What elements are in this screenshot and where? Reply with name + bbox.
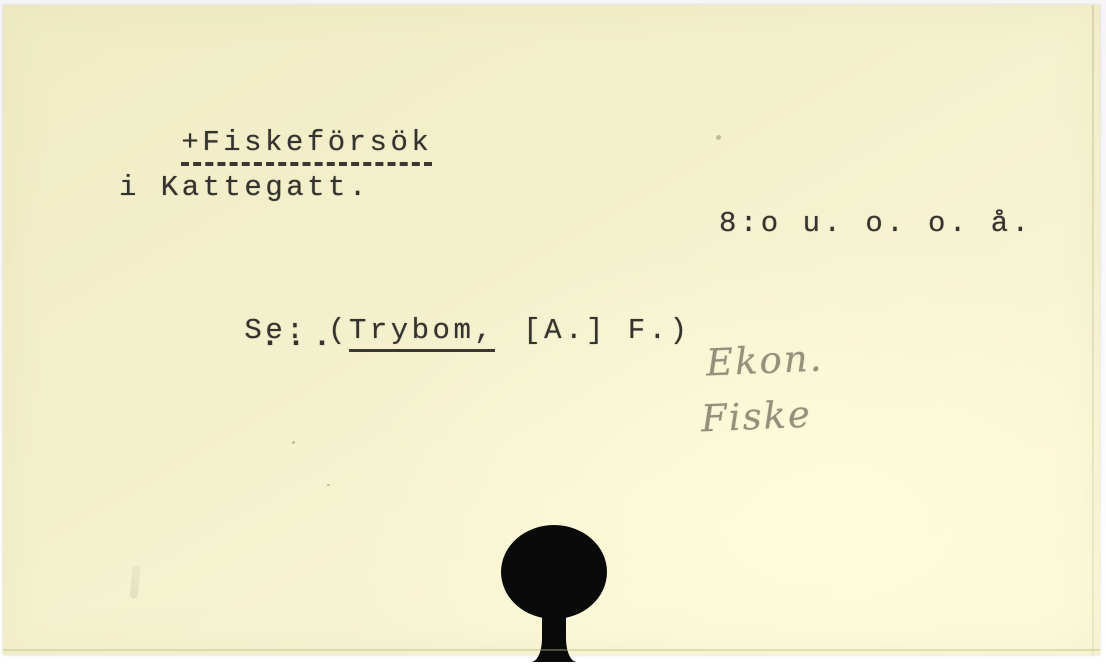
card-right-edge	[1092, 5, 1094, 655]
see-reference: Se: (Trybom,[A.] F.)	[119, 281, 691, 380]
paper-speck	[292, 441, 295, 444]
card-bottom-edge	[3, 649, 1100, 651]
ellipsis-mark: ...	[261, 321, 339, 355]
keyhole-punch-icon	[493, 520, 617, 662]
paper-speck	[716, 135, 721, 140]
subject-line: i Kattegatt.	[119, 171, 370, 204]
paper-speck	[327, 484, 330, 486]
pencil-note-ekon: Ekon.	[705, 336, 824, 384]
scan-background: +Fiskeförsök i Kattegatt. 8:o u. o. o. å…	[0, 0, 1106, 665]
format-note: 8:o u. o. o. å.	[719, 207, 1033, 240]
pencil-smudge	[129, 565, 141, 600]
see-reference-name: Trybom,	[349, 314, 495, 352]
card-heading-text: +Fiskeförsök	[181, 126, 432, 166]
pencil-note-fiske: Fiske	[700, 393, 813, 441]
see-reference-rest: [A.] F.)	[523, 314, 690, 347]
catalog-card: +Fiskeförsök i Kattegatt. 8:o u. o. o. å…	[3, 5, 1100, 655]
